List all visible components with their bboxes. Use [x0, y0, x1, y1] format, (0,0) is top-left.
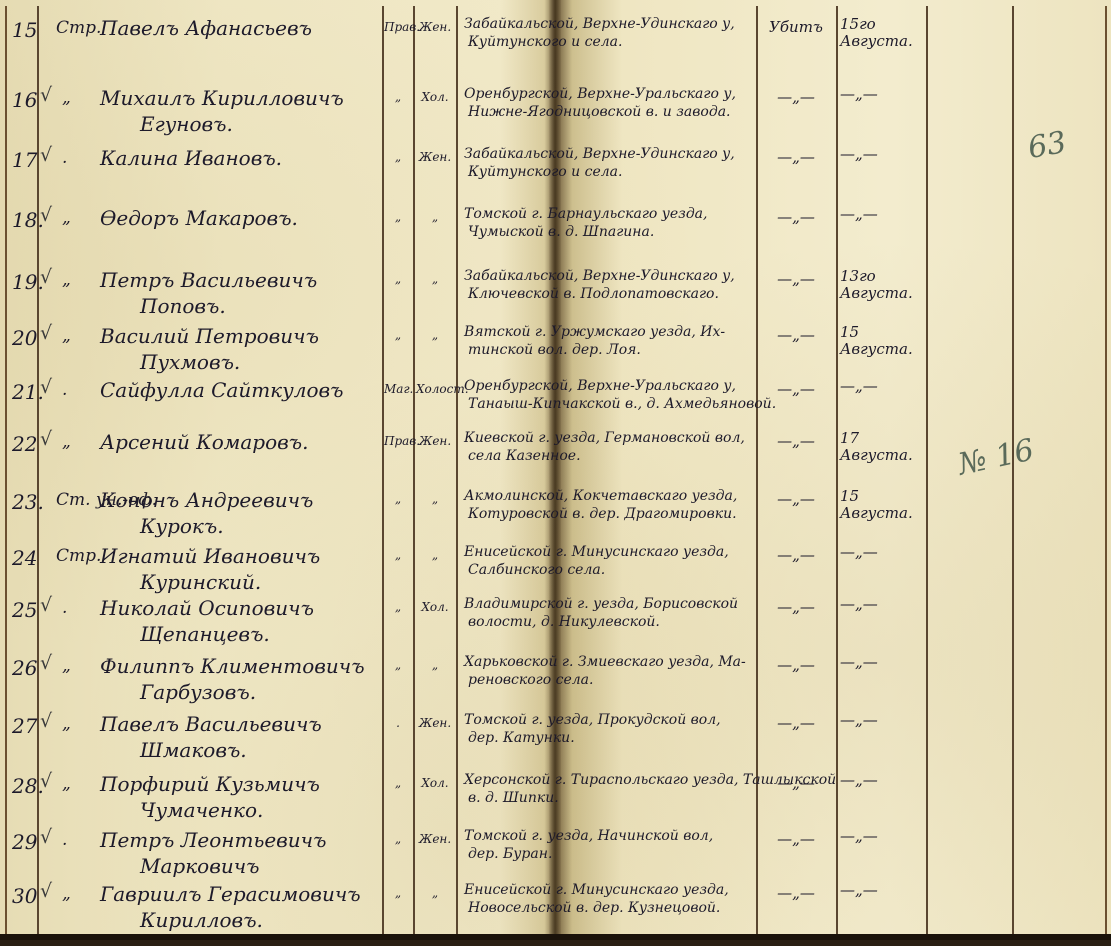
- entry-religion: „: [384, 600, 412, 614]
- entry-fate: —„—: [760, 88, 832, 106]
- entry-origin-line1: Забайкальской, Верхне-Удинскаго у,: [464, 146, 735, 162]
- entry-name: Порфирий Кузьмичъ: [100, 772, 320, 796]
- entry-origin-line2: реновского села.: [468, 672, 593, 688]
- entry-origin-line2: тинской вол. дер. Лоя.: [468, 342, 641, 358]
- entry-rank: .: [62, 598, 67, 618]
- entry-rank: „: [62, 326, 71, 346]
- entry-surname: Щепанцевъ.: [140, 622, 270, 646]
- entry-rank: „: [62, 270, 71, 290]
- entry-number: 30: [12, 884, 37, 908]
- check-mark-icon: √: [40, 266, 52, 288]
- entry-name: Игнатий Ивановичъ: [100, 544, 320, 568]
- entry-religion: „: [384, 492, 412, 506]
- entry-name: Павелъ Афанасьевъ: [100, 16, 312, 40]
- entry-fate: —„—: [760, 656, 832, 674]
- check-mark-icon: √: [40, 376, 52, 398]
- entry-origin-line2: Танаыш-Кипчакской в., д. Ахмедьяновой.: [468, 396, 776, 412]
- entry-name: Василий Петровичъ: [100, 324, 319, 348]
- entry-rank: .: [62, 380, 67, 400]
- entry-marital-status: Хол.: [416, 600, 454, 614]
- entry-origin-line2: дер. Буран.: [468, 846, 552, 862]
- check-mark-icon: √: [40, 322, 52, 344]
- entry-date: 15 Августа.: [840, 488, 924, 522]
- entry-origin-line2: Ключевской в. Подлопатовскаго.: [468, 286, 719, 302]
- check-mark-icon: √: [40, 594, 52, 616]
- entry-fate: —„—: [760, 208, 832, 226]
- entry-number: 23.: [12, 490, 44, 514]
- entry-marital-status: Жен.: [416, 150, 454, 164]
- entry-origin-line1: Киевской г. уезда, Германовской вол,: [464, 430, 745, 446]
- entry-fate: —„—: [760, 270, 832, 288]
- check-mark-icon: √: [40, 204, 52, 226]
- entry-number: 17: [12, 148, 37, 172]
- entry-origin-line1: Енисейской г. Минусинскаго уезда,: [464, 882, 729, 898]
- entry-rank: Стр.: [56, 18, 101, 38]
- entry-name: Филиппъ Климентовичъ: [100, 654, 365, 678]
- entry-surname: Курокъ.: [140, 514, 224, 538]
- entry-fate: —„—: [760, 830, 832, 848]
- entry-fate: —„—: [760, 432, 832, 450]
- entry-date: —„—: [840, 828, 924, 845]
- entry-marital-status: Хол.: [416, 776, 454, 790]
- entry-number: 29: [12, 830, 37, 854]
- entry-surname: Чумаченко.: [140, 798, 263, 822]
- check-mark-icon: √: [40, 880, 52, 902]
- entry-religion: .: [384, 716, 412, 730]
- entry-fate: —„—: [760, 884, 832, 902]
- ledger-spread: 63 № 16 15 Стр. Павелъ Афанасьевъ Прав. …: [0, 0, 1111, 940]
- entry-origin-line2: Чумыской в. д. Шпагина.: [468, 224, 654, 240]
- entry-origin-line1: Харьковской г. Змиевскаго уезда, Ма-: [464, 654, 746, 670]
- entry-fate: —„—: [760, 380, 832, 398]
- entry-fate: —„—: [760, 598, 832, 616]
- entry-date: 13го Августа.: [840, 268, 924, 302]
- entry-date: —„—: [840, 206, 924, 223]
- entry-name: Өедоръ Макаровъ.: [100, 206, 298, 230]
- entry-date: —„—: [840, 882, 924, 899]
- entry-rank: .: [62, 830, 67, 850]
- entry-rank: „: [62, 88, 71, 108]
- entry-fate: —„—: [760, 490, 832, 508]
- ledger-entry: 15 Стр. Павелъ Афанасьевъ Прав. Жен. Заб…: [0, 10, 1111, 78]
- entry-name: Петръ Васильевичъ: [100, 268, 317, 292]
- entry-rank: „: [62, 774, 71, 794]
- entry-fate: —„—: [760, 148, 832, 166]
- entry-marital-status: „: [416, 328, 454, 342]
- entry-date: —„—: [840, 378, 924, 395]
- entry-name: Гавриилъ Герасимовичъ: [100, 882, 361, 906]
- entry-number: 16: [12, 88, 37, 112]
- entry-religion: Прав.: [384, 20, 412, 34]
- check-mark-icon: √: [40, 710, 52, 732]
- entry-rank: „: [62, 884, 71, 904]
- entry-origin-line1: Томской г. уезда, Прокудской вол,: [464, 712, 721, 728]
- entry-fate: —„—: [760, 326, 832, 344]
- ledger-entry: 17 √ . Калина Ивановъ. „ Жен. Забайкальс…: [0, 140, 1111, 208]
- entry-name: Арсений Комаровъ.: [100, 430, 308, 454]
- entry-marital-status: Жен.: [416, 20, 454, 34]
- entry-origin-line1: Вятской г. Уржумскаго уезда, Их-: [464, 324, 725, 340]
- entry-rank: Стр.: [56, 546, 101, 566]
- entry-origin-line1: Оренбургской, Верхне-Уральскаго у,: [464, 86, 736, 102]
- entry-surname: Пухмовъ.: [140, 350, 240, 374]
- entry-number: 27: [12, 714, 37, 738]
- entry-origin-line2: Новосельской в. дер. Кузнецовой.: [468, 900, 720, 916]
- entry-fate: —„—: [760, 714, 832, 732]
- entry-marital-status: „: [416, 272, 454, 286]
- check-mark-icon: √: [40, 428, 52, 450]
- entry-origin-line1: Владимирской г. уезда, Борисовской: [464, 596, 738, 612]
- entry-origin-line2: села Казенное.: [468, 448, 581, 464]
- entry-religion: „: [384, 776, 412, 790]
- entry-rank: „: [62, 656, 71, 676]
- entry-surname: Шмаковъ.: [140, 738, 247, 762]
- ledger-entry: 16 √ „ Михаилъ Кирилловичъ Егуновъ. „ Хо…: [0, 80, 1111, 148]
- entry-fate: Убитъ: [760, 18, 832, 36]
- entry-date: —„—: [840, 596, 924, 613]
- entry-origin-line1: Томской г. Барнаульскаго уезда,: [464, 206, 707, 222]
- entry-origin-line1: Енисейской г. Минусинскаго уезда,: [464, 544, 729, 560]
- check-mark-icon: √: [40, 770, 52, 792]
- entry-religion: Прав.: [384, 434, 412, 448]
- entry-origin-line2: Салбинского села.: [468, 562, 605, 578]
- entry-date: —„—: [840, 146, 924, 163]
- entry-rank: „: [62, 432, 71, 452]
- entry-surname: Гарбузовъ.: [140, 680, 256, 704]
- check-mark-icon: √: [40, 84, 52, 106]
- entry-origin-line2: дер. Катунки.: [468, 730, 575, 746]
- entry-origin-line1: Забайкальской, Верхне-Удинскаго у,: [464, 268, 735, 284]
- ledger-entry: 30 √ „ Гавриилъ Герасимовичъ Кирилловъ. …: [0, 876, 1111, 940]
- check-mark-icon: √: [40, 652, 52, 674]
- entry-origin-line2: Куйтунского и села.: [468, 34, 622, 50]
- entry-number: 15: [12, 18, 37, 42]
- entry-marital-status: Хол.: [416, 90, 454, 104]
- entry-name: Петръ Леонтьевичъ: [100, 828, 326, 852]
- entry-religion: Маг.: [384, 382, 412, 396]
- entry-date: —„—: [840, 772, 924, 789]
- check-mark-icon: √: [40, 826, 52, 848]
- entry-marital-status: Жен.: [416, 832, 454, 846]
- page-bottom-edge: [0, 934, 1111, 940]
- entry-surname: Поповъ.: [140, 294, 226, 318]
- entry-religion: „: [384, 328, 412, 342]
- entry-number: 25: [12, 598, 37, 622]
- entry-religion: „: [384, 658, 412, 672]
- entry-origin-line2: Котуровской в. дер. Драгомировки.: [468, 506, 737, 522]
- entry-name: Кононъ Андреевичъ: [100, 488, 313, 512]
- entry-origin-line2: в. д. Шипки.: [468, 790, 559, 806]
- entry-name: Михаилъ Кирилловичъ: [100, 86, 344, 110]
- entry-surname: Кирилловъ.: [140, 908, 263, 932]
- entry-religion: „: [384, 272, 412, 286]
- entry-fate: —„—: [760, 774, 832, 792]
- entry-religion: „: [384, 832, 412, 846]
- entry-number: 20: [12, 326, 37, 350]
- entry-surname: Егуновъ.: [140, 112, 233, 136]
- entry-date: —„—: [840, 86, 924, 103]
- entry-date: 17 Августа.: [840, 430, 924, 464]
- entry-date: —„—: [840, 544, 924, 561]
- entry-name: Калина Ивановъ.: [100, 146, 282, 170]
- entry-origin-line1: Забайкальской, Верхне-Удинскаго у,: [464, 16, 735, 32]
- entry-origin-line1: Оренбургской, Верхне-Уральскаго у,: [464, 378, 736, 394]
- entry-number: 26: [12, 656, 37, 680]
- entry-religion: „: [384, 90, 412, 104]
- entry-marital-status: Жен.: [416, 716, 454, 730]
- entry-marital-status: Холост.: [416, 382, 454, 396]
- entry-name: Николай Осиповичъ: [100, 596, 314, 620]
- entry-date: —„—: [840, 654, 924, 671]
- entry-religion: „: [384, 150, 412, 164]
- entry-fate: —„—: [760, 546, 832, 564]
- entry-date: 15го Августа.: [840, 16, 924, 50]
- entry-rank: „: [62, 208, 71, 228]
- entry-marital-status: „: [416, 886, 454, 900]
- entry-religion: „: [384, 548, 412, 562]
- entry-marital-status: „: [416, 210, 454, 224]
- entry-marital-status: Жен.: [416, 434, 454, 448]
- entry-rank: „: [62, 714, 71, 734]
- ledger-entry: 27 √ „ Павелъ Васильевичъ Шмаковъ. . Жен…: [0, 706, 1111, 774]
- entry-religion: „: [384, 210, 412, 224]
- entry-name: Сайфулла Сайткуловъ: [100, 378, 343, 402]
- entry-number: 24: [12, 546, 37, 570]
- entry-origin-line2: Нижне-Ягодницовской в. и завода.: [468, 104, 731, 120]
- ledger-entry: 18. √ „ Өедоръ Макаровъ. „ „ Томской г. …: [0, 200, 1111, 268]
- entry-date: —„—: [840, 712, 924, 729]
- entry-marital-status: „: [416, 658, 454, 672]
- entry-origin-line2: Куйтунского и села.: [468, 164, 622, 180]
- entry-origin-line1: Акмолинской, Кокчетавскаго уезда,: [464, 488, 737, 504]
- entry-name: Павелъ Васильевичъ: [100, 712, 322, 736]
- entry-number: 22: [12, 432, 37, 456]
- entry-origin-line2: волости, д. Никулевской.: [468, 614, 660, 630]
- entry-religion: „: [384, 886, 412, 900]
- entry-origin-line1: Томской г. уезда, Начинской вол,: [464, 828, 713, 844]
- entry-date: 15 Августа.: [840, 324, 924, 358]
- entry-marital-status: „: [416, 492, 454, 506]
- entry-marital-status: „: [416, 548, 454, 562]
- entry-surname: Марковичъ: [140, 854, 259, 878]
- entry-rank: .: [62, 148, 67, 168]
- check-mark-icon: √: [40, 144, 52, 166]
